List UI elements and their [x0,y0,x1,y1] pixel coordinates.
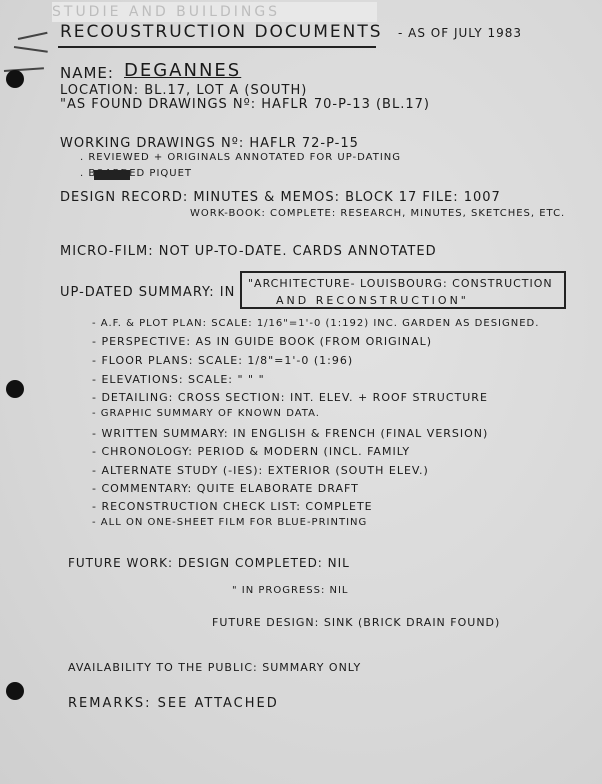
design-record: Design Record: Minutes & Memos: Block 17… [60,190,501,205]
summary-item: - Floor Plans: Scale: 1/8"=1'-0 (1:96) [92,354,353,367]
punch-hole [6,682,24,700]
working-drawings: Working Drawings Nº: HAFLR 72-P-15 [60,136,359,151]
summary-item: - Chronology: Period & modern (incl. fam… [92,445,410,458]
redaction-mark [94,170,130,180]
scanned-document-page: Studie And Buildings Recoustruction Docu… [0,0,602,784]
punch-hole [6,380,24,398]
summary-item: - Perspective: as in Guide Book (from or… [92,335,432,348]
availability-to-public: Availability to the public: Summary only [68,661,361,674]
title-underline [58,46,376,48]
summary-item: - Reconstruction Check List: Complete [92,500,373,513]
summary-item: - All on one-sheet film for blue-printin… [92,517,367,528]
publication-title-box: "Architecture- Louisbourg: Construction … [240,271,566,309]
working-drawings-note: . Reviewed + originals annotated for up-… [80,152,401,163]
summary-item: - Commentary: Quite elaborate draft [92,482,359,495]
remarks: Remarks: See attached [68,696,279,711]
design-record-workbook: Work-Book: Complete: research, minutes, … [190,208,565,219]
as-found-drawings: "As Found Drawings Nº: HAFLR 70-P-13 (BL… [60,97,430,112]
publication-title-line: "Architecture- Louisbourg: Construction [248,277,553,290]
micro-film: Micro-Film: Not up-to-date. Cards annota… [60,244,437,259]
future-design: Future Design: Sink (Brick drain found) [212,616,500,629]
margin-scribble [14,46,48,53]
summary-item: - Alternate study (-ies): Exterior (Sout… [92,464,429,477]
future-work-in-progress: " in Progress: nil [232,585,349,596]
future-work: Future Work: Design Completed: nil [68,556,350,570]
publication-title-line: and Reconstruction" [276,294,469,307]
faint-header-text: Studie And Buildings [52,2,377,22]
as-of-date: - as of July 1983 [398,26,522,40]
summary-item: - A.F. & Plot Plan: Scale: 1/16"=1'-0 (1… [92,318,539,329]
summary-item: - Detailing: Cross section: int. elev. +… [92,391,488,404]
updated-summary-label: Up-dated Summary: in [60,285,235,300]
name-value: DeGannes [124,60,241,81]
summary-item: - Written summary: in English & French (… [92,427,488,440]
name-label: Name: [60,64,114,82]
location: Location: BL.17, Lot A (South) [60,83,307,98]
margin-scribble [18,32,48,40]
summary-item: - Graphic summary of known data. [92,408,320,419]
punch-hole [6,70,24,88]
summary-item: - Elevations: Scale: " " " [92,373,265,386]
document-title: Recoustruction Documents [60,22,383,42]
